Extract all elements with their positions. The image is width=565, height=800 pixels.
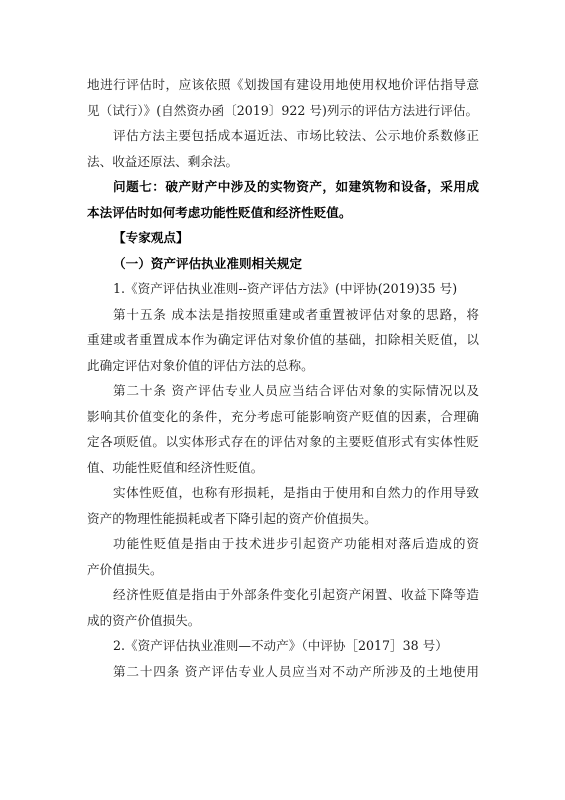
- article-twenty-four: 第二十四条 资产评估专业人员应当对不动产所涉及的土地使用: [87, 659, 479, 685]
- citation-valuation-methods-standard: 1.《资产评估执业准则--资产评估方法》(中评协(2019)35 号): [87, 276, 479, 302]
- text-line: 1.《资产评估执业准则--资产评估方法》(中评协(2019)35 号): [87, 276, 479, 302]
- document-page: 地进行评估时，应该依照《划拨国有建设用地使用权地价评估指导意 见（试行）》(自然…: [87, 72, 479, 684]
- text-line: 第二十条 资产评估专业人员应当结合评估对象的实际情况以及: [87, 378, 479, 404]
- text-line: 成的资产价值损失。: [87, 608, 479, 634]
- text-line: 第二十四条 资产评估专业人员应当对不动产所涉及的土地使用: [87, 659, 479, 685]
- text-line: 值、功能性贬值和经济性贬值。: [87, 455, 479, 481]
- text-line: 资产的物理性能损耗或者下降引起的资产价值损失。: [87, 506, 479, 532]
- text-line: 本法评估时如何考虑功能性贬值和经济性贬值。: [87, 200, 479, 226]
- physical-depreciation-definition: 实体性贬值，也称有形损耗，是指由于使用和自然力的作用导致 资产的物理性能损耗或者…: [87, 480, 479, 531]
- paragraph-land-valuation-guidance: 地进行评估时，应该依照《划拨国有建设用地使用权地价评估指导意 见（试行）》(自然…: [87, 72, 479, 123]
- subheading-standards: （一）资产评估执业准则相关规定: [87, 251, 479, 277]
- text-line: 实体性贬值，也称有形损耗，是指由于使用和自然力的作用导致: [87, 480, 479, 506]
- economic-depreciation-definition: 经济性贬值是指由于外部条件变化引起资产闲置、收益下降等造 成的资产价值损失。: [87, 582, 479, 633]
- citation-real-estate-standard: 2.《资产评估执业准则—不动产》（中评协［2017］38 号）: [87, 633, 479, 659]
- expert-opinion-label: 【专家观点】: [87, 225, 479, 251]
- text-line: 见（试行）》(自然资办函〔2019〕922 号)列示的评估方法进行评估。: [87, 98, 479, 124]
- text-line: 地进行评估时，应该依照《划拨国有建设用地使用权地价评估指导意: [87, 72, 479, 98]
- text-line: 法、收益还原法、剩余法。: [87, 149, 479, 175]
- text-line: 【专家观点】: [87, 225, 479, 251]
- text-line: 功能性贬值是指由于技术进步引起资产功能相对落后造成的资: [87, 531, 479, 557]
- question-seven-heading: 问题七：破产财产中涉及的实物资产，如建筑物和设备，采用成 本法评估时如何考虑功能…: [87, 174, 479, 225]
- text-line: 经济性贬值是指由于外部条件变化引起资产闲置、收益下降等造: [87, 582, 479, 608]
- article-fifteen: 第十五条 成本法是指按照重建或者重置被评估对象的思路，将 重建或者重置成本作为确…: [87, 302, 479, 379]
- article-twenty: 第二十条 资产评估专业人员应当结合评估对象的实际情况以及 影响其价值变化的条件，…: [87, 378, 479, 480]
- text-line: 产价值损失。: [87, 557, 479, 583]
- functional-depreciation-definition: 功能性贬值是指由于技术进步引起资产功能相对落后造成的资 产价值损失。: [87, 531, 479, 582]
- text-line: 问题七：破产财产中涉及的实物资产，如建筑物和设备，采用成: [87, 174, 479, 200]
- text-line: 评估方法主要包括成本逼近法、市场比较法、公示地价系数修正: [87, 123, 479, 149]
- text-line: （一）资产评估执业准则相关规定: [87, 251, 479, 277]
- paragraph-valuation-methods: 评估方法主要包括成本逼近法、市场比较法、公示地价系数修正 法、收益还原法、剩余法…: [87, 123, 479, 174]
- text-line: 影响其价值变化的条件，充分考虑可能影响资产贬值的因素，合理确: [87, 404, 479, 430]
- text-line: 重建或者重置成本作为确定评估对象价值的基础，扣除相关贬值，以: [87, 327, 479, 353]
- text-line: 第十五条 成本法是指按照重建或者重置被评估对象的思路，将: [87, 302, 479, 328]
- text-line: 定各项贬值。以实体形式存在的评估对象的主要贬值形式有实体性贬: [87, 429, 479, 455]
- text-line: 此确定评估对象价值的评估方法的总称。: [87, 353, 479, 379]
- text-line: 2.《资产评估执业准则—不动产》（中评协［2017］38 号）: [87, 633, 479, 659]
